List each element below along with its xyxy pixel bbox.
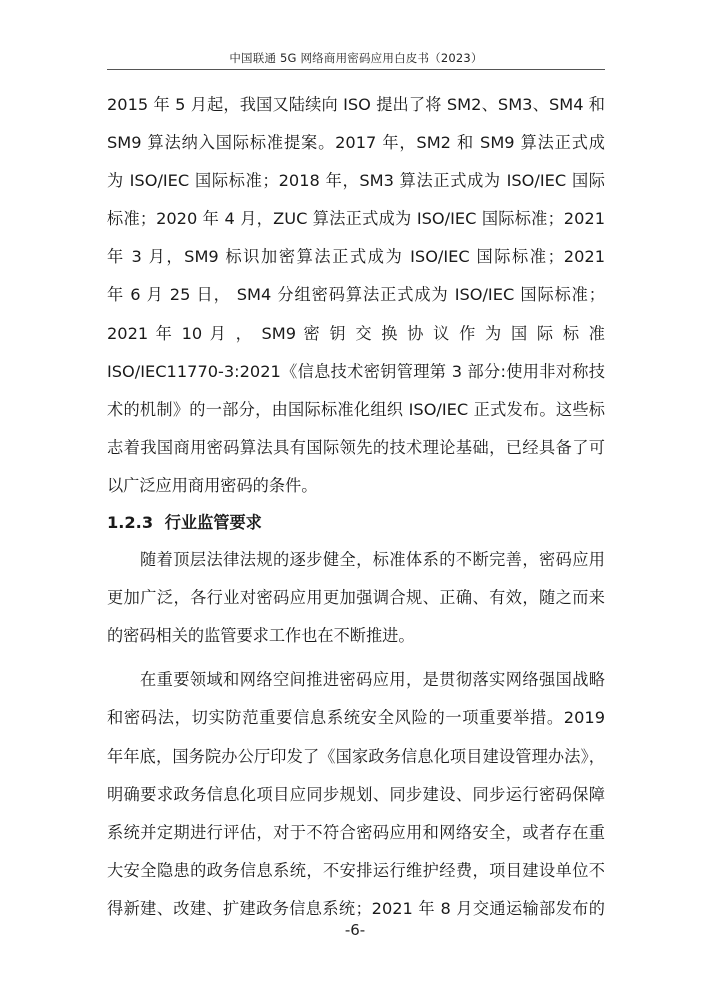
- text-line: 2015 年 5 月起，我国又陆续向 ISO 提出了将 SM2、SM3、SM4 …: [107, 86, 605, 124]
- section-title: 行业监管要求: [165, 513, 262, 532]
- text-line: SM9 算法纳入国际标准提案。2017 年，SM2 和 SM9 算法正式成: [107, 124, 605, 162]
- text-line: 和密码法，切实防范重要信息系统安全风险的一项重要举措。2019: [107, 699, 605, 737]
- text-line: 2021 年 10 月 ， SM9 密 钥 交 换 协 议 作 为 国 际 标 …: [107, 315, 605, 353]
- section-number: 1.2.3: [107, 513, 153, 532]
- running-header: 中国联通 5G 网络商用密码应用白皮书（2023）: [107, 50, 605, 66]
- text-line: 系统并定期进行评估，对于不符合密码应用和网络安全，或者存在重: [107, 814, 605, 852]
- text-line: 明确要求政务信息化项目应同步规划、同步建设、同步运行密码保障: [107, 776, 605, 814]
- document-body: 2015 年 5 月起，我国又陆续向 ISO 提出了将 SM2、SM3、SM4 …: [107, 86, 605, 928]
- text-line: 大安全隐患的政务信息系统，不安排运行维护经费，项目建设单位不: [107, 852, 605, 890]
- paragraph-iso-standards: 2015 年 5 月起，我国又陆续向 ISO 提出了将 SM2、SM3、SM4 …: [107, 86, 605, 505]
- section-heading: 1.2.3 行业监管要求: [107, 505, 605, 541]
- text-line: 在重要领域和网络空间推进密码应用，是贯彻落实网络强国战略: [107, 661, 605, 699]
- paragraph-regulation-intro: 随着顶层法律法规的逐步健全，标准体系的不断完善，密码应用 更加广泛，各行业对密码…: [107, 541, 605, 655]
- text-line: 随着顶层法律法规的逐步健全，标准体系的不断完善，密码应用: [107, 541, 605, 579]
- text-line: 更加广泛，各行业对密码应用更加强调合规、正确、有效，随之而来: [107, 579, 605, 617]
- text-line: 的密码相关的监管要求工作也在不断推进。: [107, 617, 605, 655]
- text-line: 术的机制》的一部分，由国际标准化组织 ISO/IEC 正式发布。这些标: [107, 391, 605, 429]
- text-line: 年年底，国务院办公厅印发了《国家政务信息化项目建设管理办法》，: [107, 738, 605, 776]
- text-line: 标准；2020 年 4 月，ZUC 算法正式成为 ISO/IEC 国际标准；20…: [107, 200, 605, 238]
- page-number: -6-: [0, 921, 710, 939]
- text-line: 志着我国商用密码算法具有国际领先的技术理论基础，已经具备了可: [107, 429, 605, 467]
- text-line: 为 ISO/IEC 国际标准；2018 年，SM3 算法正式成为 ISO/IEC…: [107, 162, 605, 200]
- text-line: 年 3 月，SM9 标识加密算法正式成为 ISO/IEC 国际标准；2021: [107, 238, 605, 276]
- text-line: 年 6 月 25 日， SM4 分组密码算法正式成为 ISO/IEC 国际标准；: [107, 276, 605, 314]
- header-divider: [107, 69, 605, 70]
- text-line: 以广泛应用商用密码的条件。: [107, 467, 605, 505]
- paragraph-regulation-details: 在重要领域和网络空间推进密码应用，是贯彻落实网络强国战略 和密码法，切实防范重要…: [107, 661, 605, 928]
- text-line: ISO/IEC11770-3:2021《信息技术密钥管理第 3 部分:使用非对称…: [107, 353, 605, 391]
